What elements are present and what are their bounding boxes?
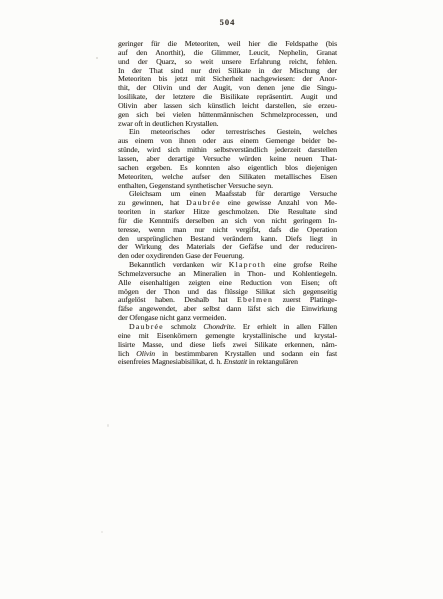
text-line: eisenfreies Magnesiabisilikat, d. h. Ens… (118, 358, 337, 367)
text-segment: eine gewisse Anzahl von Me- (221, 198, 337, 207)
text-segment: zuerst Platinge- (273, 295, 337, 304)
scanned-page: 504 geringer für die Meteoriten, weil hi… (0, 0, 443, 599)
text-segment: in bestimmbaren Krystallen und sodann ei… (155, 349, 337, 358)
scan-speck (101, 531, 103, 533)
page-body: 504 geringer für die Meteoriten, weil hi… (118, 17, 337, 367)
text-segment: in rektangulären (247, 357, 298, 366)
text-segment: lich (118, 349, 136, 358)
paragraph: Bekanntlich verdanken wir Klaproth eine … (118, 261, 337, 323)
text-segment: eisenfreies Magnesiabisilikat, d. h. (118, 357, 224, 366)
italic-term: Enstatit (224, 357, 247, 366)
person-name: Ebelmen (237, 295, 273, 304)
paragraph: Gleichsam um einen Maafsstab für derarti… (118, 190, 337, 261)
text-segment: aufgelöst haben. Deshalb hat (118, 295, 237, 304)
text-segment: Bekanntlich verdanken wir (129, 260, 229, 269)
text-segment: schmolz (164, 322, 204, 331)
text-segment: eine grofse Reihe (266, 260, 337, 269)
italic-term: Olivin (136, 349, 155, 358)
text-segment: zu gewinnen, hat (118, 198, 186, 207)
text-segment: . Er erhielt in allen Fällen (234, 322, 337, 331)
text-block: geringer für die Meteoriten, weil hier d… (118, 40, 337, 367)
paragraph: Daubrée schmolz Chondrite. Er erhielt in… (118, 323, 337, 367)
page-number: 504 (118, 17, 337, 27)
person-name: Daubrée (129, 322, 164, 331)
paragraph: geringer für die Meteoriten, weil hier d… (118, 40, 337, 128)
person-name: Klaproth (229, 260, 266, 269)
person-name: Daubrée (186, 198, 221, 207)
scan-speck (96, 57, 98, 59)
paragraph: Ein meteorisches oder terrestrisches Ges… (118, 128, 337, 190)
italic-term: Chondrite (203, 322, 234, 331)
scan-speck (107, 424, 109, 427)
